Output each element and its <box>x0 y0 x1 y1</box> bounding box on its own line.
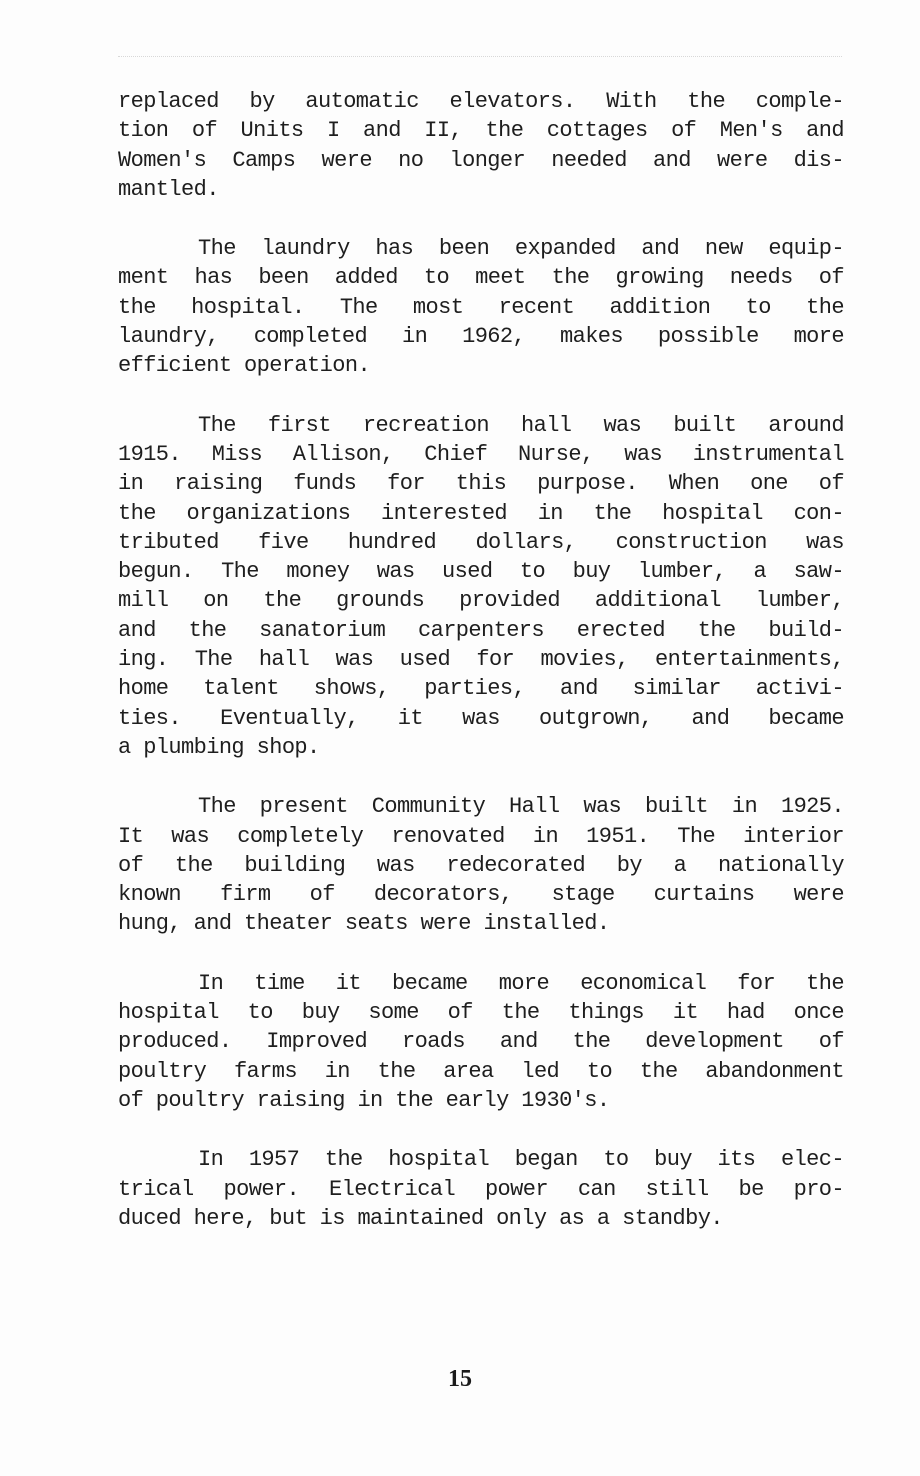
text-line: replaced by automatic elevators. With th… <box>118 87 844 116</box>
text-line: In time it became more economical for th… <box>118 969 844 998</box>
text-line: of poultry raising in the early 1930's. <box>118 1086 844 1115</box>
page-number: 15 <box>0 1366 920 1393</box>
text-line: tion of Units I and II, the cottages of … <box>118 116 844 145</box>
text-line: and the sanatorium carpenters erected th… <box>118 616 844 645</box>
text-line: begun. The money was used to buy lumber,… <box>118 557 844 586</box>
text-line: mantled. <box>118 175 844 204</box>
text-line: tributed five hundred dollars, construct… <box>118 528 844 557</box>
text-line: duced here, but is maintained only as a … <box>118 1204 844 1233</box>
text-line: the hospital. The most recent addition t… <box>118 293 844 322</box>
text-line: a plumbing shop. <box>118 733 844 762</box>
text-line: In 1957 the hospital began to buy its el… <box>118 1145 844 1174</box>
paragraph: The first recreation hall was built arou… <box>118 411 844 763</box>
text-line: ment has been added to meet the growing … <box>118 263 844 292</box>
text-line: ties. Eventually, it was outgrown, and b… <box>118 704 844 733</box>
text-line: It was completely renovated in 1951. The… <box>118 822 844 851</box>
text-line: ing. The hall was used for movies, enter… <box>118 645 844 674</box>
text-line: Women's Camps were no longer needed and … <box>118 146 844 175</box>
text-line: known firm of decorators, stage curtains… <box>118 880 844 909</box>
paragraph: replaced by automatic elevators. With th… <box>118 87 844 204</box>
text-line: efficient operation. <box>118 351 844 380</box>
paragraph: The present Community Hall was built in … <box>118 792 844 938</box>
paragraph: The laundry has been expanded and new eq… <box>118 234 844 380</box>
text-line: The first recreation hall was built arou… <box>118 411 844 440</box>
text-line: mill on the grounds provided additional … <box>118 586 844 615</box>
text-line: The present Community Hall was built in … <box>118 792 844 821</box>
text-line: produced. Improved roads and the develop… <box>118 1027 844 1056</box>
text-line: in raising funds for this purpose. When … <box>118 469 844 498</box>
text-line: trical power. Electrical power can still… <box>118 1175 844 1204</box>
text-line: poultry farms in the area led to the aba… <box>118 1057 844 1086</box>
text-line: home talent shows, parties, and similar … <box>118 674 844 703</box>
text-line: hospital to buy some of the things it ha… <box>118 998 844 1027</box>
text-line: 1915. Miss Allison, Chief Nurse, was ins… <box>118 440 844 469</box>
text-line: of the building was redecorated by a nat… <box>118 851 844 880</box>
text-line: The laundry has been expanded and new eq… <box>118 234 844 263</box>
page-body: replaced by automatic elevators. With th… <box>118 87 844 1263</box>
bleed-through-rule <box>118 56 842 57</box>
text-line: the organizations interested in the hosp… <box>118 499 844 528</box>
paragraph: In time it became more economical for th… <box>118 969 844 1115</box>
text-line: laundry, completed in 1962, makes possib… <box>118 322 844 351</box>
paragraph: In 1957 the hospital began to buy its el… <box>118 1145 844 1233</box>
text-line: hung, and theater seats were installed. <box>118 909 844 938</box>
